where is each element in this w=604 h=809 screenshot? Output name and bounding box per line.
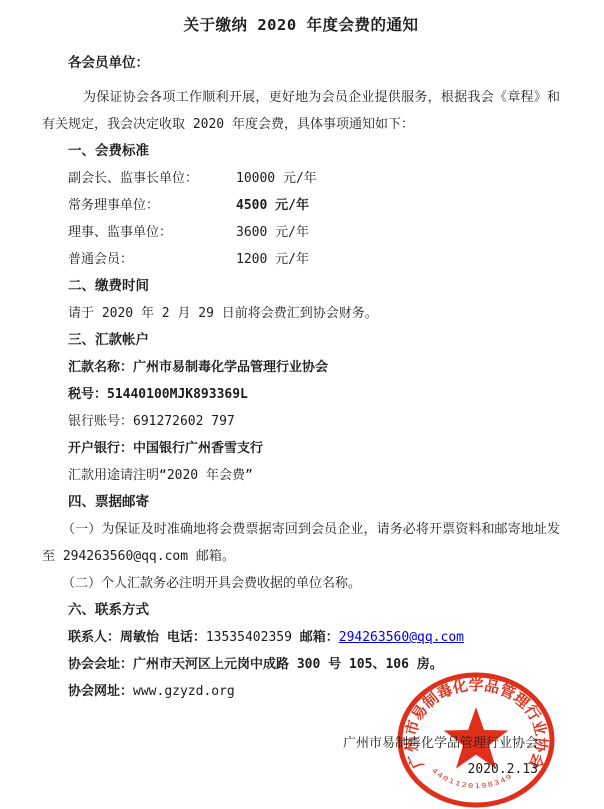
bank-account-line: 银行账号：691272602 797 <box>42 408 560 435</box>
contact-line: 联系人：周敏怡 电话：13535402359 邮箱：294263560@qq.c… <box>42 624 560 651</box>
bank-name-line: 开户银行：中国银行广州香雪支行 <box>42 435 560 462</box>
contact-phone: 13535402359 <box>206 630 292 645</box>
remittance-name-line: 汇款名称：广州市易制毒化学品管理行业协会 <box>42 354 560 381</box>
section4-heading: 四、票据邮寄 <box>42 489 560 516</box>
document-title: 关于缴纳 2020 年度会费的通知 <box>42 12 560 38</box>
document-page: 关于缴纳 2020 年度会费的通知 各会员单位： 为保证协会各项工作顺利开展，更… <box>0 0 604 809</box>
invoice-mailing-para1: （一）为保证及时准确地将会费票据寄回到会员企业，请务必将开票资料和邮寄地址发至 … <box>42 516 560 570</box>
fee-amount: 4500 元/年 <box>236 198 309 213</box>
contact-label: 联系人：周敏怡 电话： <box>68 630 206 645</box>
remittance-purpose-line: 汇款用途请注明“2020 年会费” <box>42 462 560 489</box>
intro-paragraph: 为保证协会各项工作顺利开展，更好地为会员企业提供服务，根据我会《章程》和有关规定… <box>42 84 560 138</box>
signature-date: 2020.2.13 <box>42 757 538 783</box>
website-label: 协会网址： <box>68 684 133 699</box>
contact-email-label: 邮箱： <box>292 630 339 645</box>
fee-label: 普通会员： <box>68 246 236 273</box>
website-url: www.gzyzd.org <box>133 684 235 699</box>
invoice-mailing-para2: （二）个人汇款务必注明开具会费收据的单位名称。 <box>42 570 560 597</box>
contact-email-link[interactable]: 294263560@qq.com <box>339 630 464 645</box>
signature-org: 广州市易制毒化学品管理行业协会 <box>42 731 538 757</box>
tax-number-line: 税号：51440100MJK893369L <box>42 381 560 408</box>
fee-row: 理事、监事单位：3600 元/年 <box>42 219 560 246</box>
fee-amount: 1200 元/年 <box>236 252 309 267</box>
fee-row: 普通会员：1200 元/年 <box>42 246 560 273</box>
fee-label: 副会长、监事长单位： <box>68 165 236 192</box>
fee-row: 常务理事单位：4500 元/年 <box>42 192 560 219</box>
section2-heading: 二、缴费时间 <box>42 273 560 300</box>
section3-heading: 三、汇款帐户 <box>42 327 560 354</box>
fee-amount: 10000 元/年 <box>236 171 317 186</box>
fee-label: 常务理事单位： <box>68 192 236 219</box>
fee-amount: 3600 元/年 <box>236 225 309 240</box>
fee-row: 副会长、监事长单位：10000 元/年 <box>42 165 560 192</box>
payment-deadline-line: 请于 2020 年 2 月 29 日前将会费汇到协会财务。 <box>42 300 560 327</box>
section6-heading: 六、联系方式 <box>42 597 560 624</box>
fee-label: 理事、监事单位： <box>68 219 236 246</box>
signature-block: 广州市易制毒化学品管理行业协会 2020.2.13 <box>42 731 560 783</box>
greeting-line: 各会员单位： <box>42 50 560 77</box>
address-label: 协会会址： <box>68 657 133 672</box>
section1-heading: 一、会费标准 <box>42 138 560 165</box>
